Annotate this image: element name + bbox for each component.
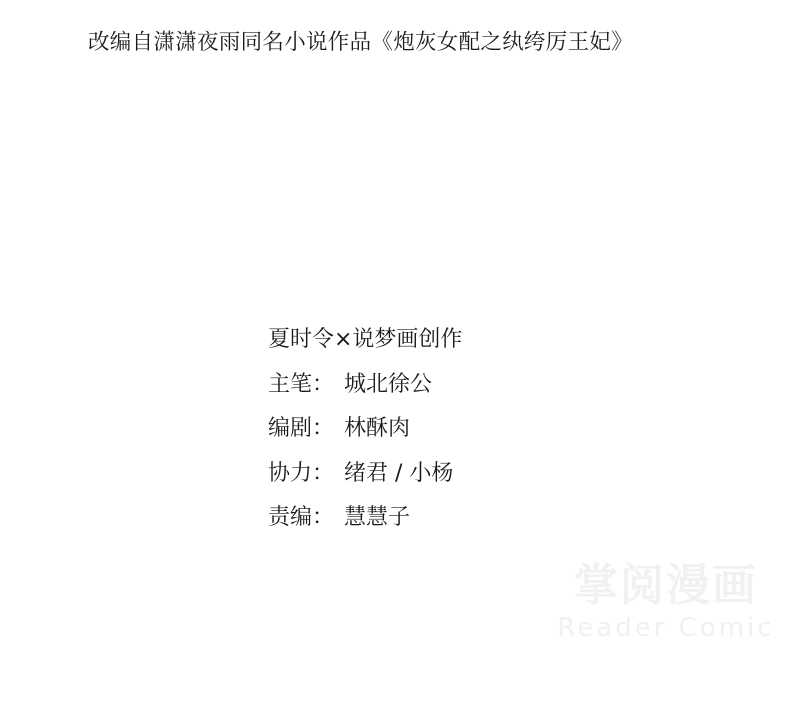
credit-name: 绪君 / 小杨 bbox=[344, 461, 453, 486]
credit-lead-artist: 主笔：城北徐公 bbox=[268, 363, 462, 408]
credit-role: 编剧： bbox=[268, 407, 344, 452]
credits-block: 夏时令×说梦画创作 主笔：城北徐公 编剧：林酥肉 协力：绪君 / 小杨 责编：慧… bbox=[268, 318, 462, 541]
watermark-en-text: Reader Comic bbox=[556, 612, 776, 644]
credit-assistants: 协力：绪君 / 小杨 bbox=[268, 452, 462, 497]
source-novel-title: 改编自潇潇夜雨同名小说作品《炮灰女配之纨绔厉王妃》 bbox=[88, 26, 718, 60]
credit-name: 林酥肉 bbox=[344, 416, 410, 441]
credit-role: 主笔： bbox=[268, 363, 344, 408]
watermark-logo: 掌阅漫画 Reader Comic bbox=[556, 560, 776, 644]
studio-credit: 夏时令×说梦画创作 bbox=[268, 318, 462, 363]
credit-screenwriter: 编剧：林酥肉 bbox=[268, 407, 462, 452]
credit-role: 责编： bbox=[268, 496, 344, 541]
credit-role: 协力： bbox=[268, 452, 344, 497]
credit-editor: 责编：慧慧子 bbox=[268, 496, 462, 541]
credit-name: 城北徐公 bbox=[344, 372, 432, 397]
credit-name: 慧慧子 bbox=[344, 505, 410, 530]
watermark-cn-text: 掌阅漫画 bbox=[556, 560, 776, 612]
